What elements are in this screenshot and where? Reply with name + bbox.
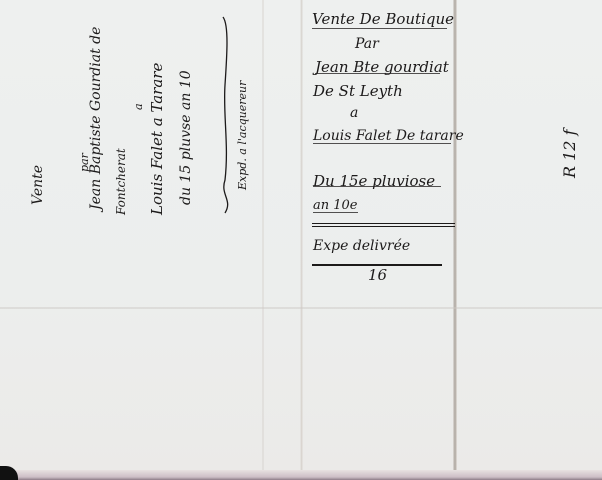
docket-line: De St Leyth (313, 82, 403, 100)
flourish-line (205, 15, 235, 215)
paper-edge (0, 470, 602, 480)
left-line: Fontcherat (114, 148, 128, 215)
fold-crease (262, 0, 264, 470)
fold-crease-horizontal (0, 307, 602, 309)
underline (313, 212, 358, 213)
docket-title: Vente De Boutique (312, 10, 454, 28)
left-line: Louis Falet a Tarare (148, 63, 166, 215)
document-page: Vente De Boutique Par Jean Bte gourdiat … (0, 0, 602, 480)
left-line: Vente (30, 165, 46, 205)
left-line: a (132, 103, 145, 110)
docket-line: Louis Falet De tarare (313, 128, 464, 144)
fold-crease (453, 0, 457, 470)
underline (313, 186, 441, 187)
left-line: Jean Baptiste Gourdiat de (88, 27, 104, 210)
scan-background-corner (0, 466, 18, 480)
docket-line: Par (355, 36, 379, 52)
docket-line: an 10e (313, 198, 358, 213)
separator-rule (312, 223, 455, 224)
margin-note: R 12 f (560, 130, 579, 179)
docket-line: Du 15e pluviose (313, 172, 435, 190)
fold-crease (300, 0, 303, 470)
page-number: 16 (368, 266, 387, 284)
underline (313, 143, 451, 144)
left-line: Expd. a l'acquereur (236, 81, 249, 190)
docket-line: a (350, 105, 358, 121)
separator-rule (312, 226, 455, 227)
underline (312, 28, 447, 29)
underline (315, 73, 440, 74)
left-line: du 15 pluvse an 10 (178, 70, 194, 205)
expedition-note: Expe delivrée (313, 238, 410, 254)
